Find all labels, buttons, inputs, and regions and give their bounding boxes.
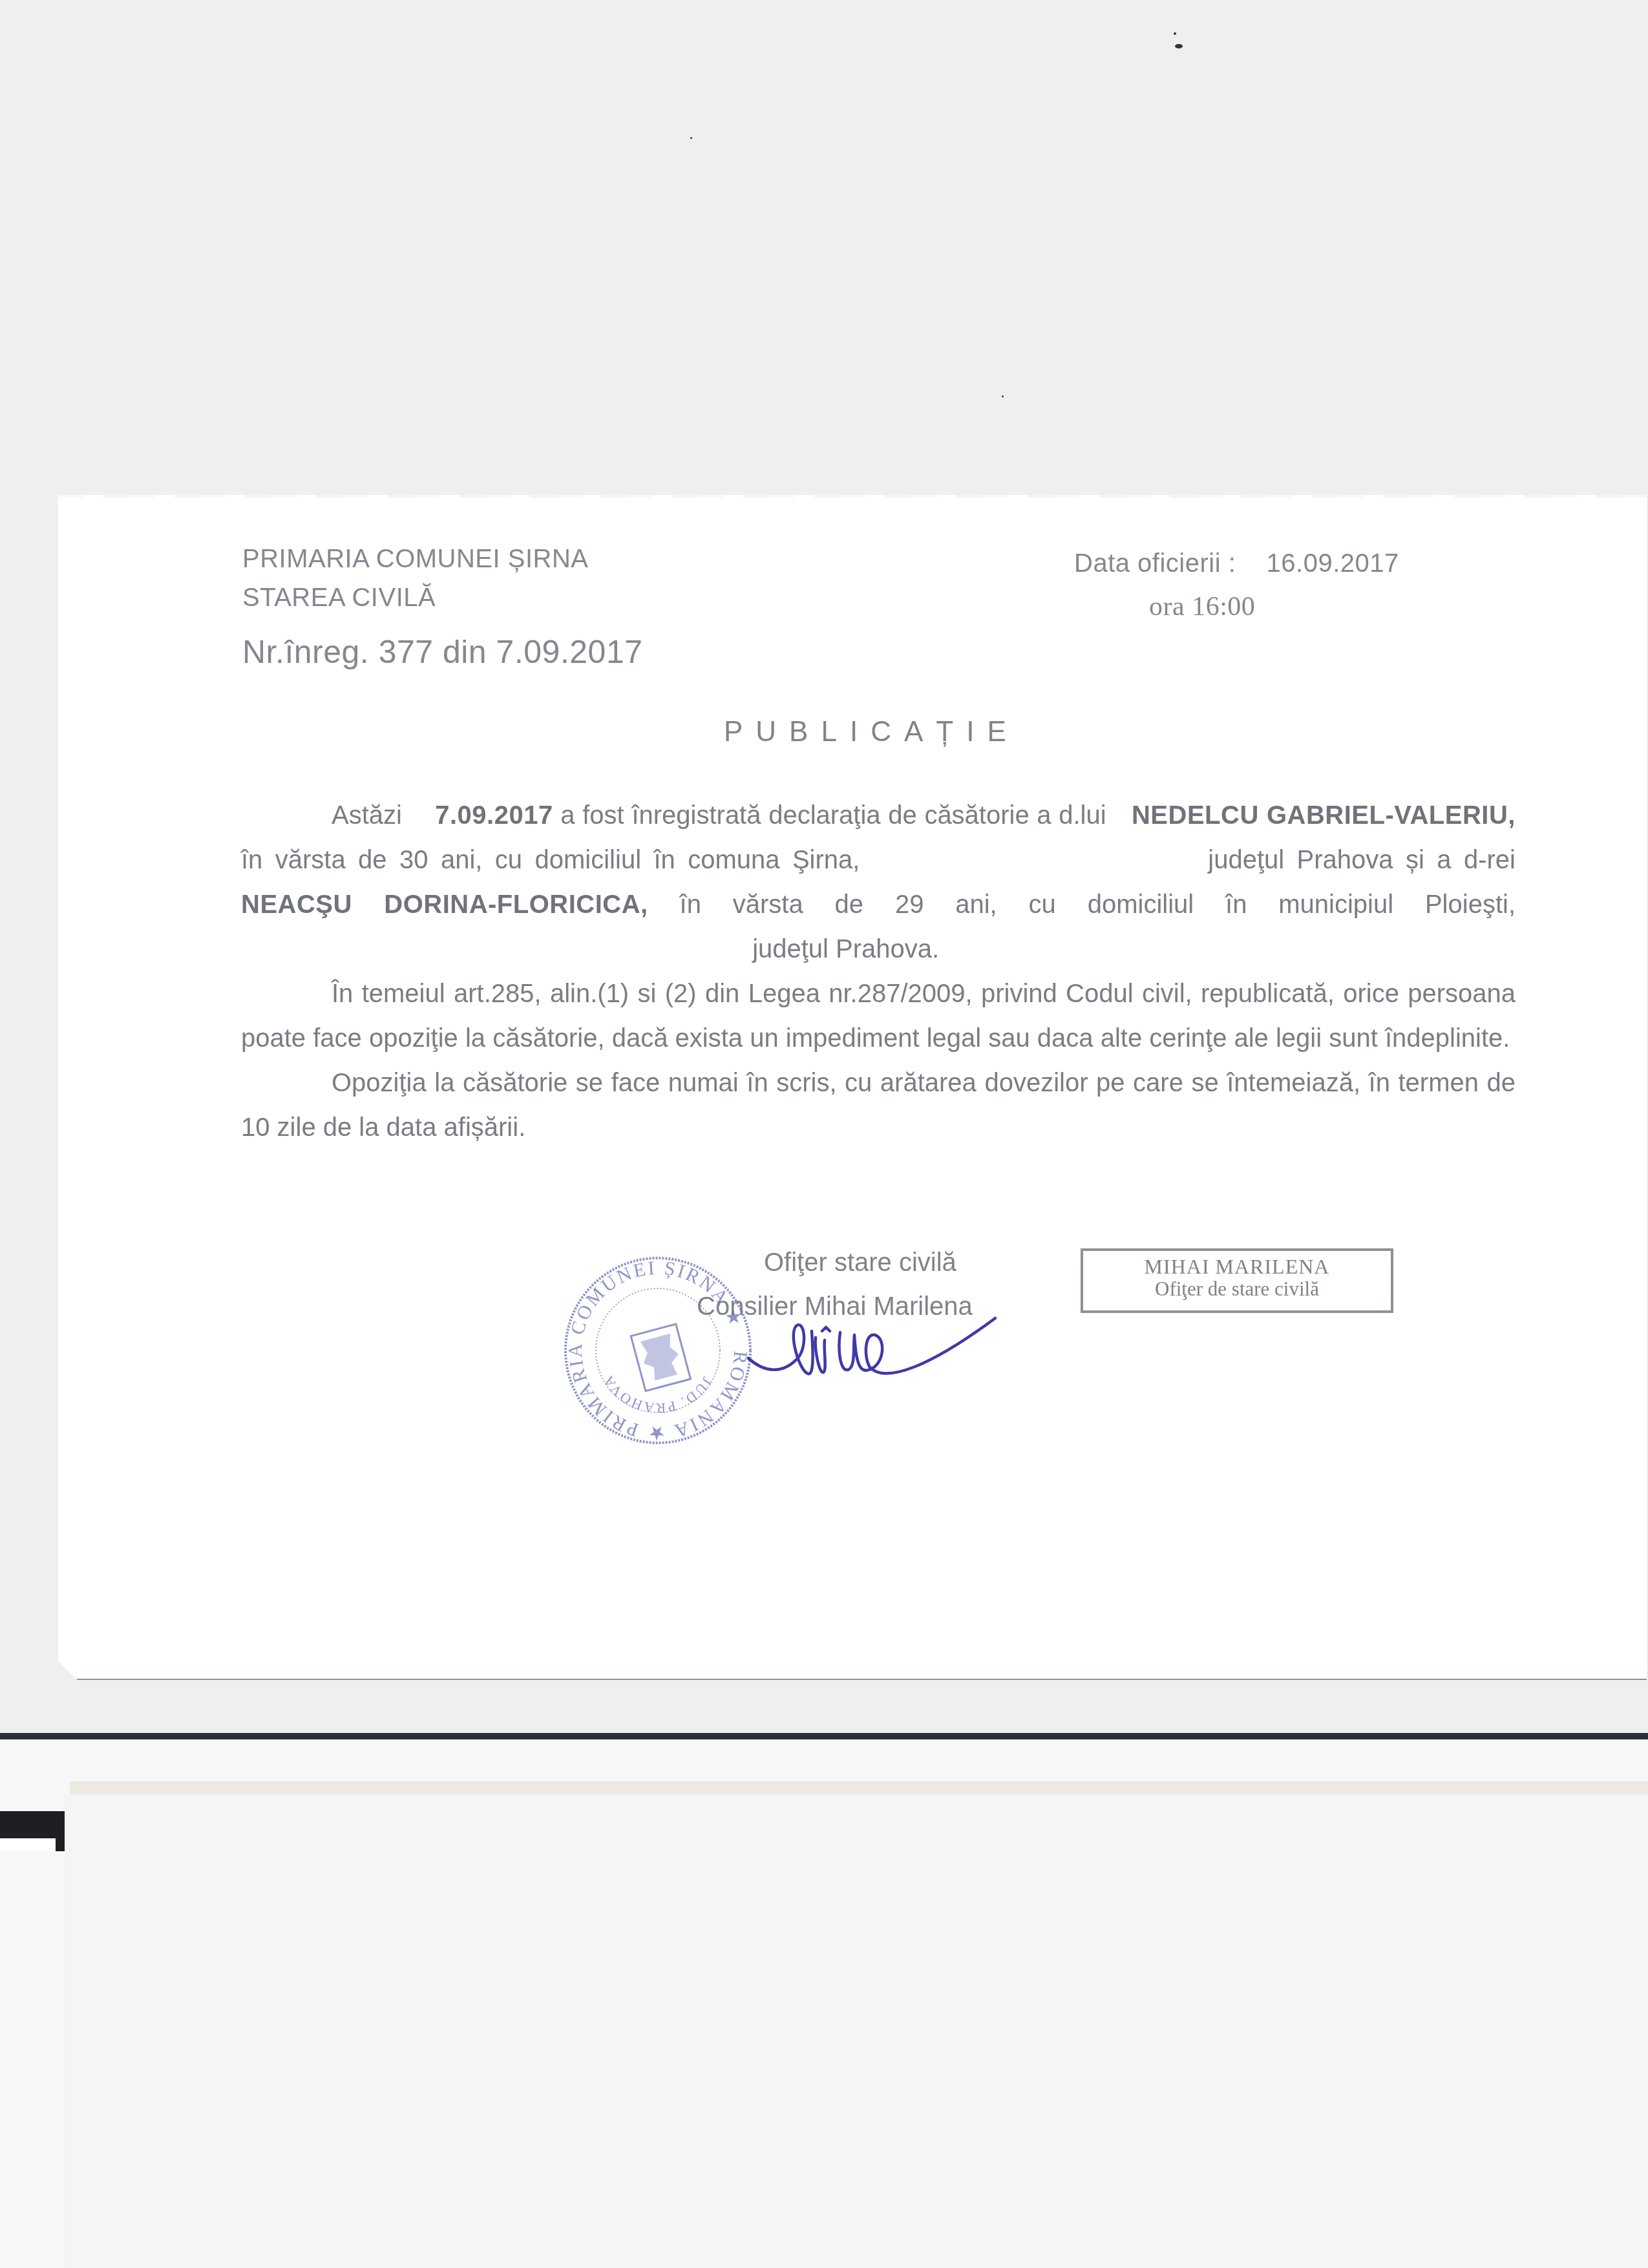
signatory-role: Ofiţer stare civilă bbox=[764, 1248, 956, 1277]
scan-speck bbox=[1175, 44, 1183, 48]
ceremony-date-value: 16.09.2017 bbox=[1267, 549, 1399, 578]
name-stamp-role: Ofiţer de stare civilă bbox=[1083, 1277, 1391, 1301]
text-declaration: a fost înregistrată declaraţia de căsăto… bbox=[560, 801, 1106, 830]
bride-name: NEACŞU DORINA-FLORICICA, bbox=[241, 890, 648, 919]
handwritten-signature bbox=[737, 1312, 1008, 1415]
registration-date: 7.09.2017 bbox=[435, 801, 553, 830]
name-stamp-box: MIHAI MARILENA Ofiţer de stare civilă bbox=[1081, 1248, 1393, 1313]
scan-speck bbox=[1174, 32, 1176, 35]
paragraph-declaration: Astăzi 7.09.2017 a fost înregistrată dec… bbox=[241, 793, 1516, 972]
scan-speck bbox=[690, 137, 692, 139]
text-groom-details: în vărsta de 30 ani, cu domiciliul în co… bbox=[241, 846, 860, 874]
official-seal-icon: ROMANIA ★ PRIMARIA COMUNEI ȘIRNA ★ JUD. … bbox=[561, 1254, 755, 1447]
ceremony-time-label: ora bbox=[1149, 592, 1185, 622]
lower-sheet-edge bbox=[70, 1781, 1648, 1794]
text-county-and: judeţul Prahova și a d-rei bbox=[1208, 846, 1516, 874]
groom-name: NEDELCU GABRIEL-VALERIU, bbox=[1132, 801, 1516, 830]
name-stamp-name: MIHAI MARILENA bbox=[1083, 1255, 1391, 1279]
scanner-corner-notch bbox=[0, 1838, 56, 1851]
text-intro: Astăzi bbox=[332, 801, 402, 830]
text-bride-details: în vărsta de 29 ani, cu domiciliul în mu… bbox=[680, 890, 1516, 919]
text-bride-county: judeţul Prahova. bbox=[752, 935, 939, 963]
registration-number: Nr.înreg. 377 din 7.09.2017 bbox=[242, 633, 643, 671]
scan-speck bbox=[1002, 395, 1004, 397]
paragraph-legal-basis: În temeiul art.285, alin.(1) si (2) din … bbox=[241, 972, 1516, 1061]
ceremony-time-value: 16:00 bbox=[1192, 592, 1255, 622]
institution-name: PRIMARIA COMUNEI ȘIRNA bbox=[242, 545, 589, 574]
paragraph-opposition: Opoziţia la căsătorie se face numai în s… bbox=[241, 1061, 1516, 1150]
ceremony-date: Data oficierii : 16.09.2017 bbox=[1074, 549, 1399, 578]
department-name: STAREA CIVILĂ bbox=[242, 583, 436, 613]
document-body: Astăzi 7.09.2017 a fost înregistrată dec… bbox=[241, 793, 1516, 1150]
ceremony-date-label: Data oficierii : bbox=[1074, 549, 1236, 578]
lower-blank-sheet bbox=[65, 1794, 1648, 2268]
document-title: PUBLICAȚIE bbox=[724, 716, 1019, 748]
ceremony-time: ora 16:00 bbox=[1149, 591, 1255, 622]
scanner-edge bbox=[0, 1733, 1648, 1739]
